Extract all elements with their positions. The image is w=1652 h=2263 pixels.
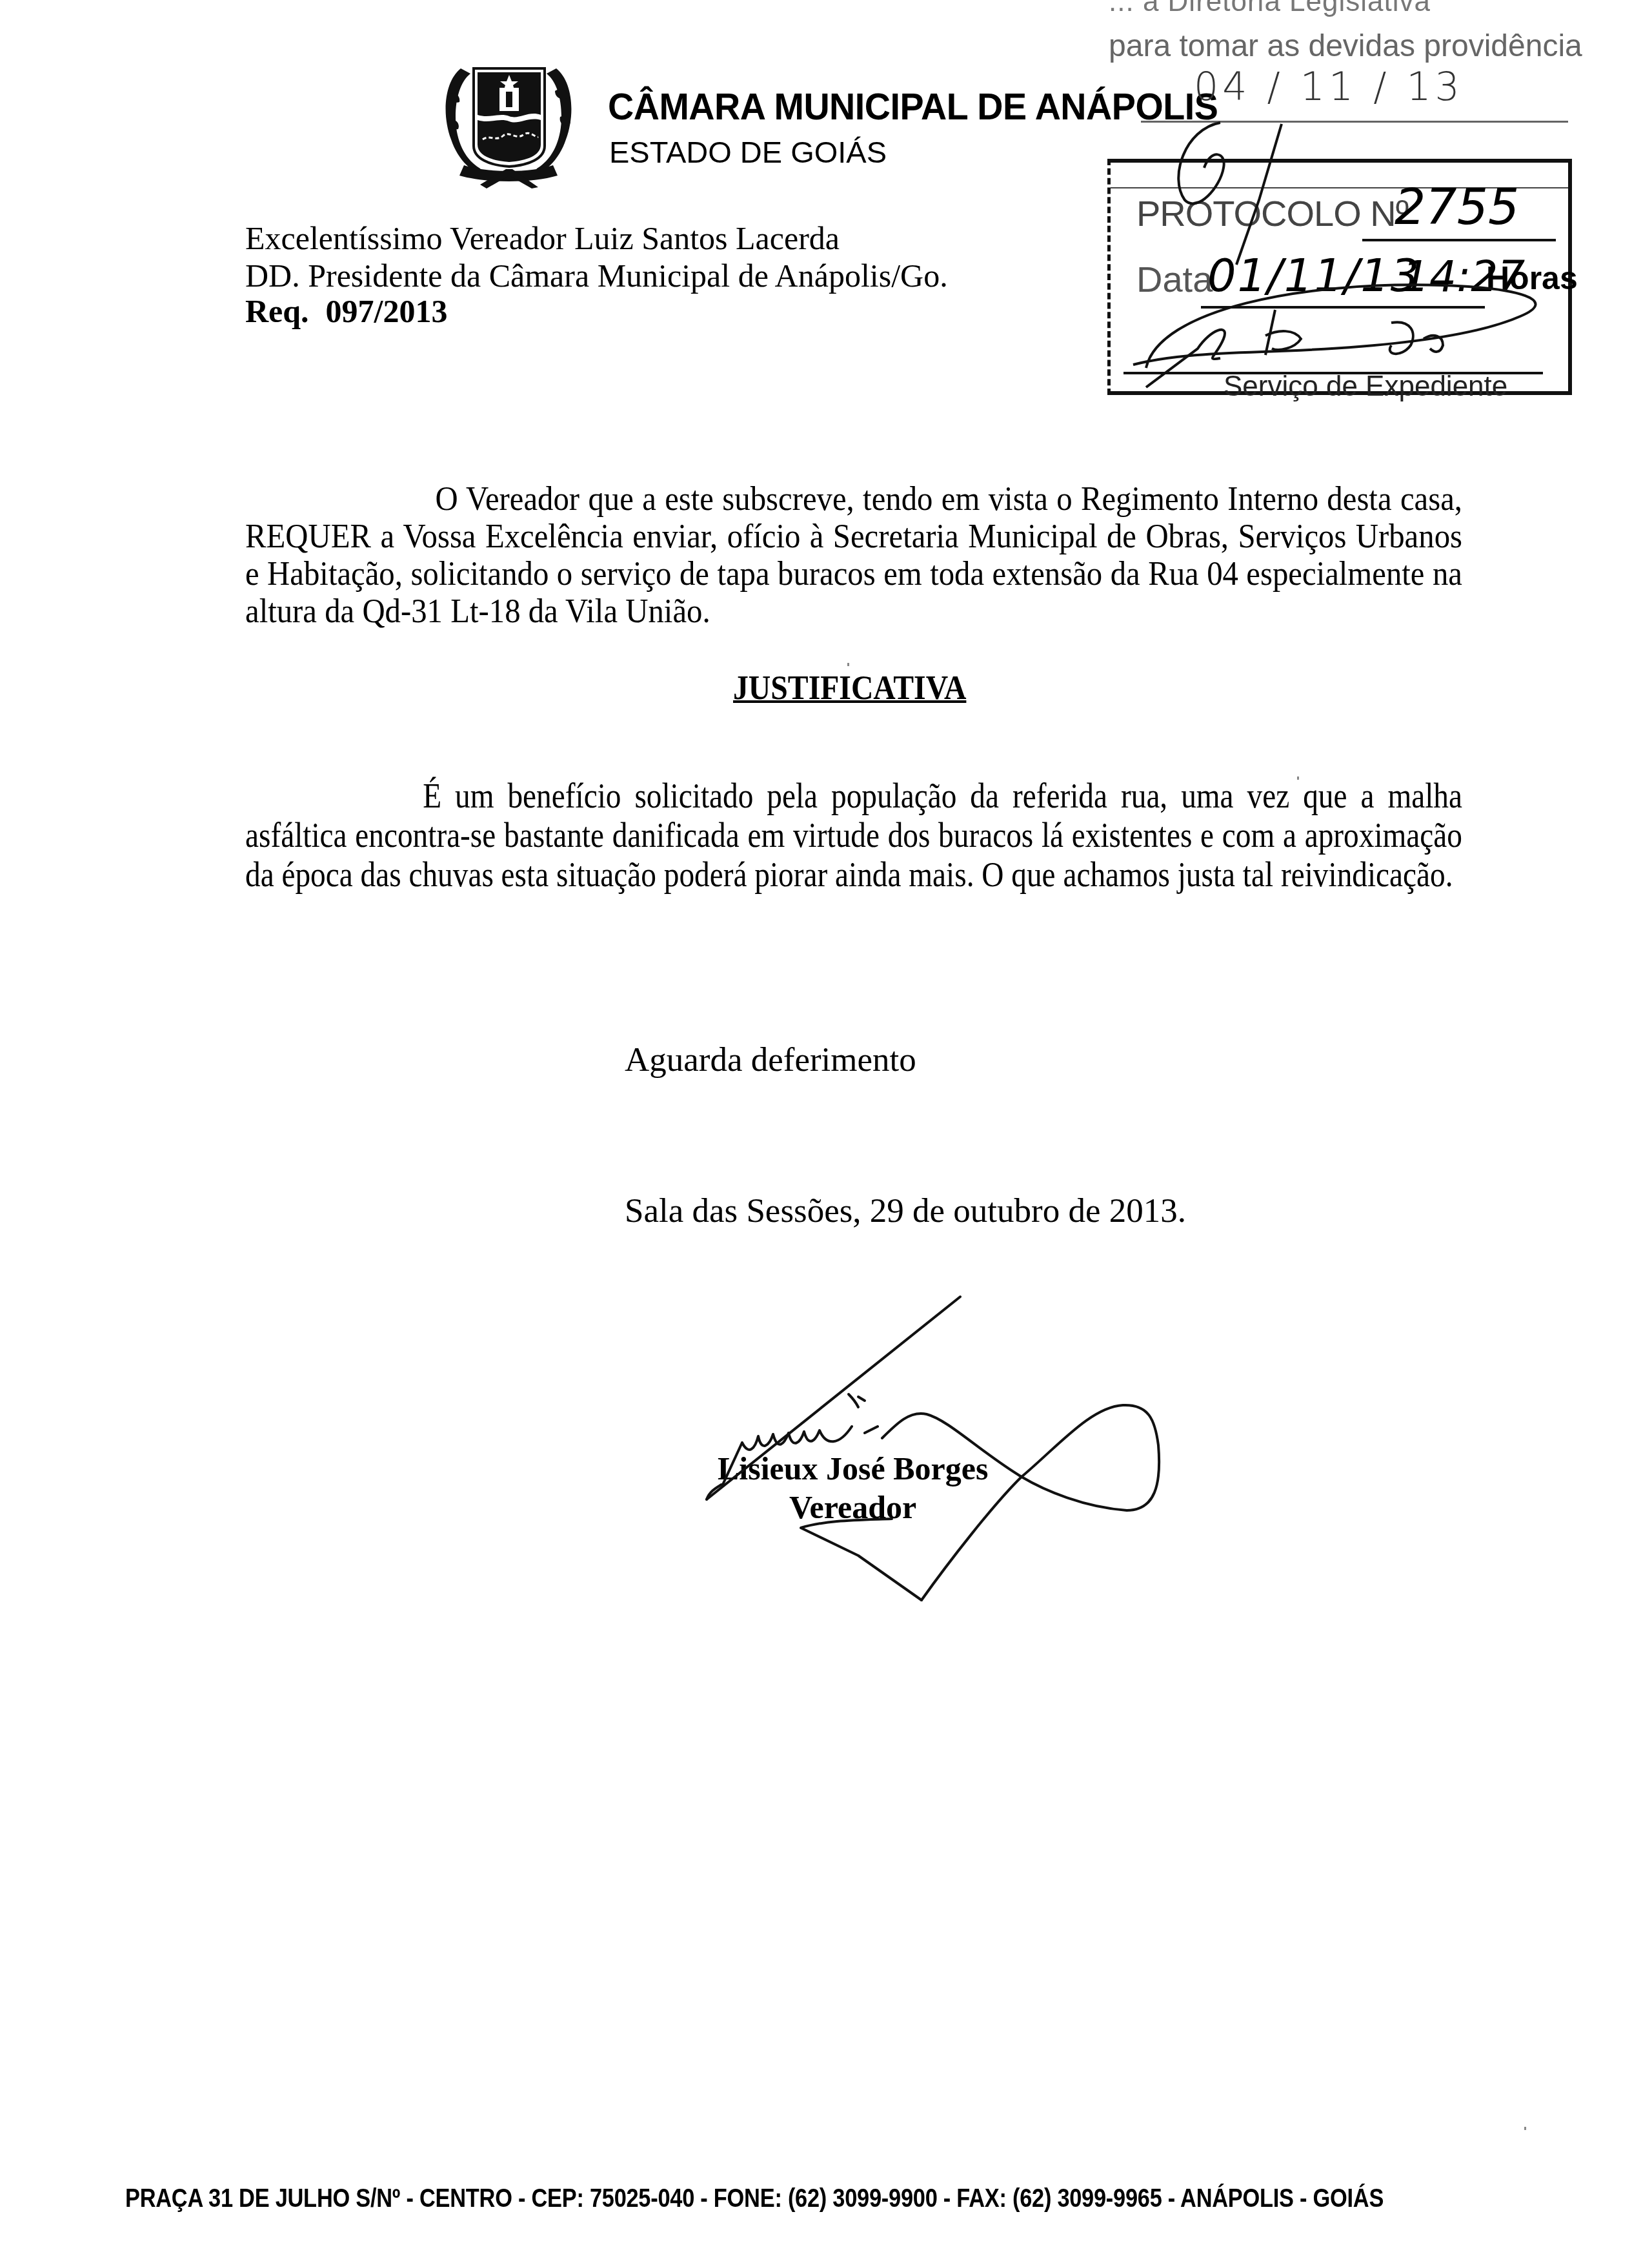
dispatch-note-line-1: ... à Diretoria Legislativa bbox=[1109, 0, 1431, 18]
organization-state: ESTADO DE GOIÁS bbox=[609, 134, 887, 170]
scan-speck bbox=[1297, 776, 1299, 780]
protocol-hours-label: Horas bbox=[1486, 259, 1578, 297]
protocol-footer-label: Serviço de Expediente bbox=[1224, 370, 1507, 403]
organization-title: CÂMARA MUNICIPAL DE ANÁPOLIS bbox=[608, 85, 1218, 128]
request-paragraph: O Vereador que a este subscreve, tendo e… bbox=[245, 480, 1462, 630]
letterhead-rule bbox=[1141, 121, 1568, 123]
protocol-date-label: Data bbox=[1136, 258, 1213, 300]
justification-paragraph-text: É um benefício solicitado pela população… bbox=[245, 776, 1462, 894]
protocol-label: PROTOCOLO Nº bbox=[1136, 192, 1408, 234]
justification-heading: JUSTIFICATIVA bbox=[733, 669, 966, 707]
dispatch-handwritten-date: 04 / 11 / 13 bbox=[1194, 65, 1464, 110]
protocol-number: 2755 bbox=[1395, 178, 1519, 236]
protocol-date-value: 01/11/13 bbox=[1207, 249, 1420, 302]
place-and-date: Sala das Sessões, 29 de outubro de 2013. bbox=[625, 1192, 1186, 1230]
addressee-line-2: DD. Presidente da Câmara Municipal de An… bbox=[245, 257, 948, 294]
request-paragraph-text: O Vereador que a este subscreve, tendo e… bbox=[245, 480, 1462, 630]
protocol-date-rule bbox=[1201, 306, 1485, 309]
protocol-number-rule bbox=[1362, 239, 1556, 241]
scan-speck bbox=[1524, 2127, 1526, 2130]
protocol-stamp: PROTOCOLO Nº 2755 Data 01/11/13 14:27 Ho… bbox=[1107, 159, 1572, 395]
coat-of-arms-icon bbox=[441, 56, 576, 191]
request-number: Req.097/2013 bbox=[245, 292, 448, 330]
dispatch-note-line-2: para tomar as devidas providência bbox=[1109, 28, 1582, 64]
scan-speck bbox=[847, 663, 849, 666]
request-number-value: 097/2013 bbox=[326, 293, 448, 329]
signer-role: Vereador bbox=[789, 1488, 916, 1526]
closing-line: Aguarda deferimento bbox=[625, 1040, 916, 1079]
request-label: Req. bbox=[245, 293, 309, 329]
signer-name: Lisieux José Borges bbox=[718, 1450, 988, 1487]
addressee-line-1: Excelentíssimo Vereador Luiz Santos Lace… bbox=[245, 219, 840, 257]
justification-paragraph: É um benefício solicitado pela população… bbox=[245, 776, 1462, 894]
footer-address: PRAÇA 31 DE JULHO S/Nº - CENTRO - CEP: 7… bbox=[125, 2184, 1384, 2213]
